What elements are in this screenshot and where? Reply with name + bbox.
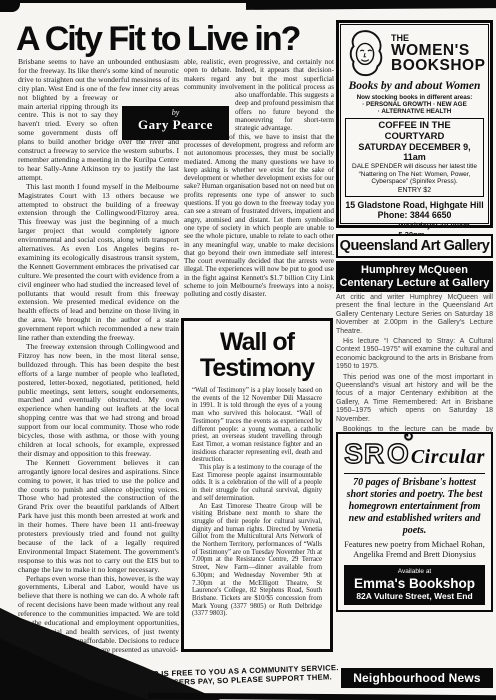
scan-tear-artifact (246, 0, 496, 10)
emmas-bookshop-address: 82A Vulture Street, West End (344, 591, 485, 601)
article-column-1: Brisbane seems to have an unbounded enth… (18, 58, 179, 658)
bookshop-phone: Phone: 3844 6650 (345, 210, 484, 220)
emmas-bookshop-name: Emma's Bookshop (344, 576, 485, 591)
bookshop-address: 15 Gladstone Road, Highgate Hill (345, 200, 484, 210)
coffee-event-box: COFFEE IN THE COURTYARD SATURDAY DECEMBE… (345, 118, 484, 197)
bookshop-name: WOMEN'S (391, 43, 485, 58)
gallery-title: Queensland Art Gallery (336, 234, 493, 258)
event-description: DALE SPENDER will discuss her latest tit… (348, 163, 481, 186)
bookshop-stocking-note: Now stocking books in different areas: (345, 94, 484, 101)
bookshop-areas: · ALTERNATIVE HEALTH (345, 108, 484, 115)
wall-of-testimony-title: Wall of Testimony (192, 329, 322, 381)
article-headline: A City Fit to Live in? (16, 20, 346, 59)
wall-paragraph: An East Timorese Theatre Group will be v… (192, 503, 322, 619)
bookshop-tagline: Books by and about Women (345, 80, 484, 92)
wall-of-testimony-notice: Wall of Testimony “Wall of Testimony” is… (181, 318, 333, 652)
divider (344, 473, 485, 474)
masthead-neighbourhood-news: Neighbourhood News (341, 668, 493, 688)
sro-circular-ad: SR O↻ Circular 70 pages of Brisbane's ho… (336, 432, 493, 612)
article-paragraph: The freeway extension through Collingwoo… (18, 343, 179, 459)
bookshop-areas: · PERSONAL GROWTH · NEW AGE (345, 101, 484, 108)
circular-arrow-icon: ↻ (403, 432, 414, 445)
scan-tear-artifact (0, 0, 20, 12)
sro-poets: Features new poetry from Michael Rohan, … (344, 540, 485, 560)
byline-by: by (122, 108, 229, 117)
newspaper-page: A City Fit to Live in? Brisbane seems to… (0, 0, 496, 700)
wall-paragraph: “Wall of Testimony” is a play loosely ba… (192, 387, 322, 464)
scan-edge-artifact (148, 693, 496, 700)
emmas-bookshop-box: Available at Emma's Bookshop 82A Vulture… (344, 565, 485, 605)
sro-logo: SR O↻ Circular (344, 438, 485, 470)
event-title: COFFEE IN THE COURTYARD (348, 121, 481, 142)
article-paragraph: The Kennett Government believes it can a… (18, 459, 179, 575)
gallery-paragraph: This period was one of the most importan… (336, 374, 493, 424)
article-column-2: able, realistic, even progressive, and c… (184, 58, 334, 318)
wall-paragraph: This play is a testimony to the courage … (192, 464, 322, 503)
lecture-banner: Humphrey McQueen Centenary Lecture at Ga… (336, 261, 493, 292)
event-datetime: SATURDAY DECEMBER 9, 11am (348, 142, 481, 162)
available-at-label: Available at (344, 568, 485, 576)
gallery-paragraph: Art critic and writer Humphrey McQueen w… (336, 294, 493, 336)
article-paragraph: This last month I found myself in the Me… (18, 183, 179, 343)
gallery-paragraph: His lecture “I Chanced to Stray: A Cultu… (336, 338, 493, 372)
womens-bookshop-ad: THE WOMEN'S BOOKSHOP Books by and about … (336, 20, 493, 228)
byline-author: Gary Pearce (122, 117, 229, 132)
woman-face-logo-icon (345, 28, 387, 78)
bookshop-name: BOOKSHOP (391, 58, 485, 73)
article-text: as also unaffordable. This suggests a de… (235, 83, 334, 132)
event-entry-fee: ENTRY $2 (348, 187, 481, 194)
article-paragraph: In the face of this, we have to insist t… (184, 133, 334, 299)
queensland-art-gallery-notice: Queensland Art Gallery Humphrey McQueen … (336, 234, 493, 443)
sro-blurb: 70 pages of Brisbane's hottest short sto… (344, 477, 485, 537)
article-text: able, realistic, even progressive, and c… (184, 58, 334, 91)
byline-box: by Gary Pearce (122, 106, 229, 140)
